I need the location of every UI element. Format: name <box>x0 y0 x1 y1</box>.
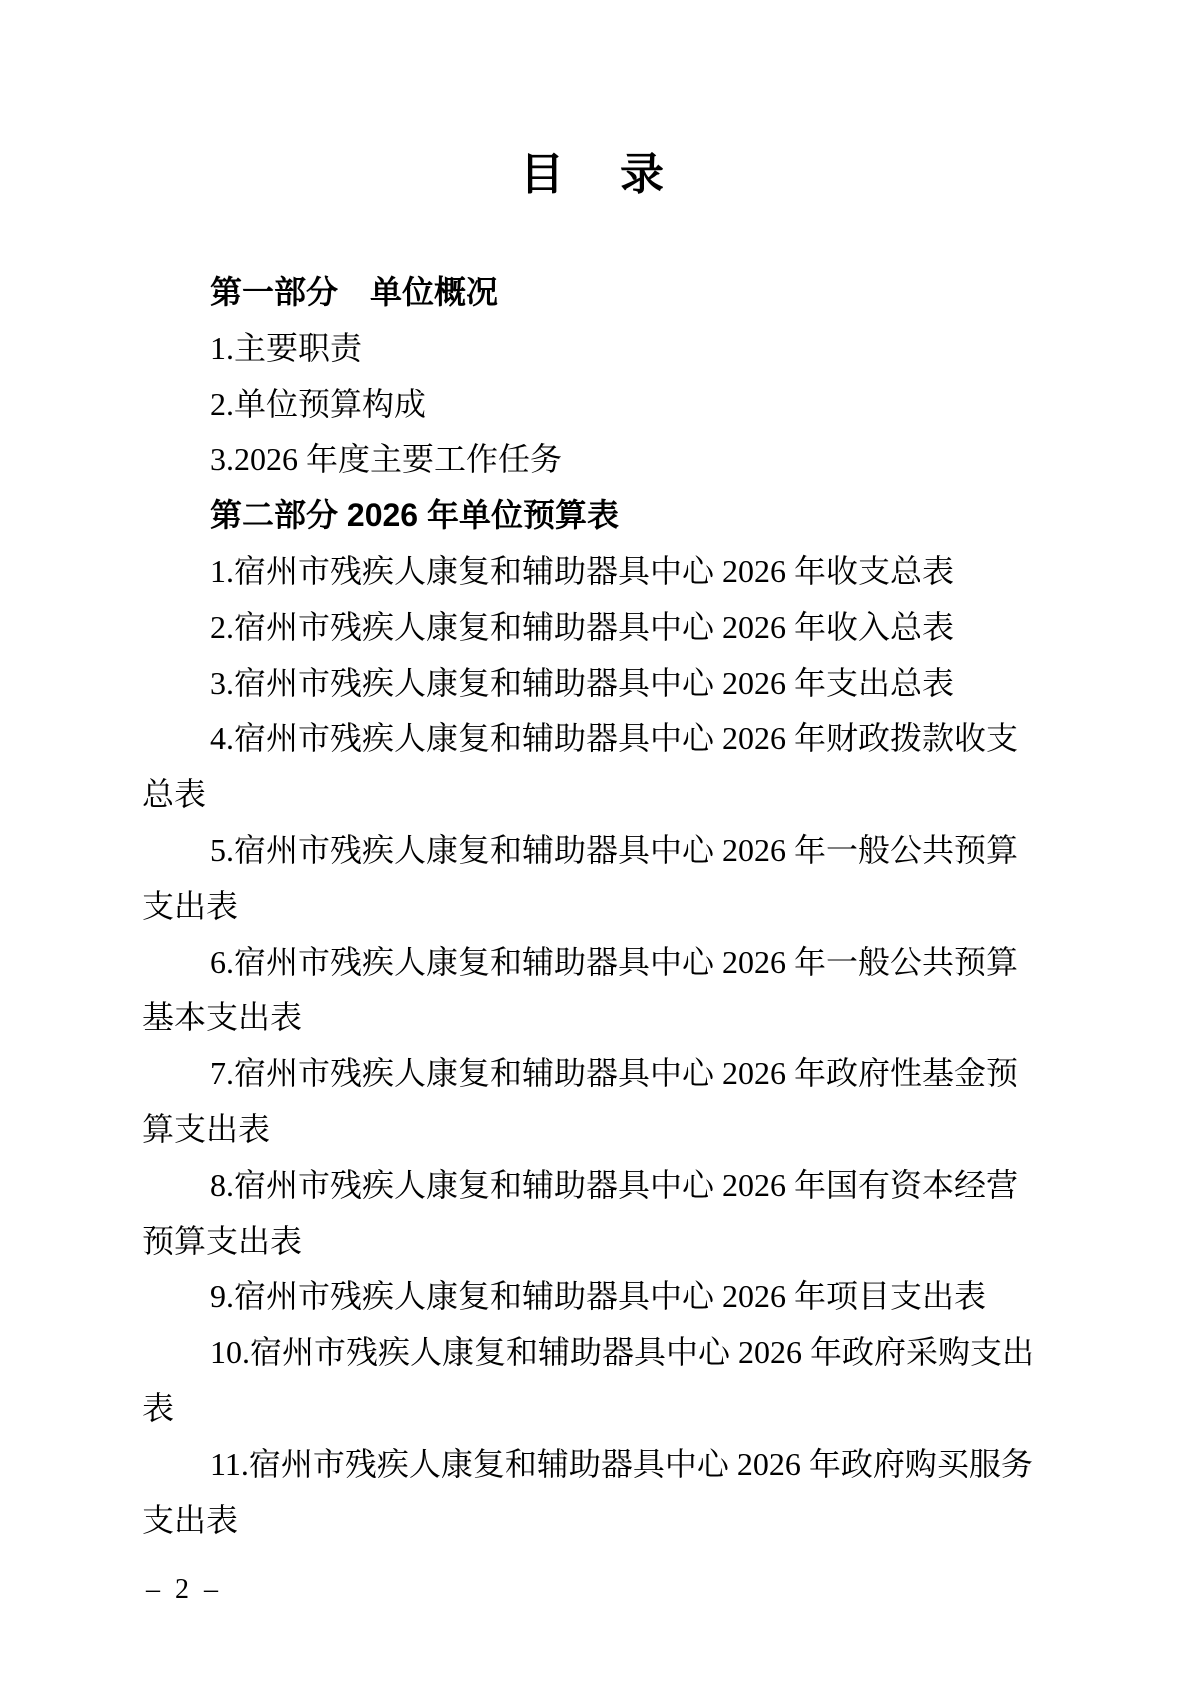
toc-item-p2-9: 9.宿州市残疾人康复和辅助器具中心 2026 年项目支出表 <box>142 1269 1052 1325</box>
document-page: 目 录 第一部分 单位概况 1.主要职责 2.单位预算构成 3.2026 年度主… <box>0 0 1190 1683</box>
toc-item-p1-1: 1.主要职责 <box>142 321 1052 377</box>
toc-item-p2-8-cont: 预算支出表 <box>142 1214 1052 1270</box>
page-title: 目 录 <box>0 150 1190 200</box>
page-number: – 2 – <box>146 1570 222 1610</box>
toc-item-p2-2: 2.宿州市残疾人康复和辅助器具中心 2026 年收入总表 <box>142 600 1052 656</box>
toc-item-p2-4: 4.宿州市残疾人康复和辅助器具中心 2026 年财政拨款收支 <box>142 711 1052 767</box>
toc-item-p1-2: 2.单位预算构成 <box>142 377 1052 433</box>
toc-item-p2-10-cont: 表 <box>142 1381 1052 1437</box>
toc-item-p2-10: 10.宿州市残疾人康复和辅助器具中心 2026 年政府采购支出 <box>142 1325 1052 1381</box>
toc-heading-part-2: 第二部分 2026 年单位预算表 <box>142 488 1052 544</box>
toc-item-p2-6-cont: 基本支出表 <box>142 990 1052 1046</box>
toc-item-p2-8: 8.宿州市残疾人康复和辅助器具中心 2026 年国有资本经营 <box>142 1158 1052 1214</box>
toc-item-p2-3: 3.宿州市残疾人康复和辅助器具中心 2026 年支出总表 <box>142 656 1052 712</box>
toc-item-p2-5: 5.宿州市残疾人康复和辅助器具中心 2026 年一般公共预算 <box>142 823 1052 879</box>
toc-heading-part-1: 第一部分 单位概况 <box>142 265 1052 321</box>
table-of-contents: 第一部分 单位概况 1.主要职责 2.单位预算构成 3.2026 年度主要工作任… <box>142 265 1052 1548</box>
toc-item-p2-7-cont: 算支出表 <box>142 1102 1052 1158</box>
toc-item-p2-4-cont: 总表 <box>142 767 1052 823</box>
toc-item-p2-6: 6.宿州市残疾人康复和辅助器具中心 2026 年一般公共预算 <box>142 935 1052 991</box>
toc-item-p2-7: 7.宿州市残疾人康复和辅助器具中心 2026 年政府性基金预 <box>142 1046 1052 1102</box>
toc-item-p1-3: 3.2026 年度主要工作任务 <box>142 432 1052 488</box>
toc-item-p2-5-cont: 支出表 <box>142 879 1052 935</box>
toc-item-p2-1: 1.宿州市残疾人康复和辅助器具中心 2026 年收支总表 <box>142 544 1052 600</box>
toc-item-p2-11: 11.宿州市残疾人康复和辅助器具中心 2026 年政府购买服务 <box>142 1437 1052 1493</box>
toc-item-p2-11-cont: 支出表 <box>142 1493 1052 1549</box>
